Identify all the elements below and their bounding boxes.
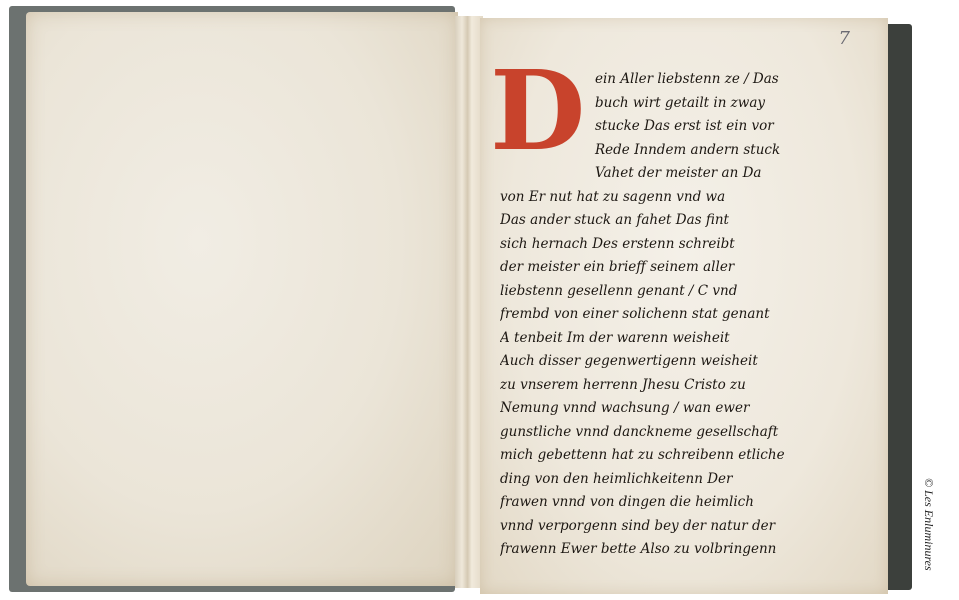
text-line: vnnd verporgenn sind bey der natur der [500, 515, 845, 539]
text-line: Das ander stuck an fahet Das fint [500, 209, 845, 233]
manuscript-right-page: 7 D ein Aller liebstenn ze / Das buch wi… [480, 18, 888, 594]
text-line: der meister ein brieff seinem aller [500, 256, 845, 280]
text-line: sich hernach Des erstenn schreibt [500, 233, 845, 257]
text-line: ein Aller liebstenn ze / Das [500, 68, 845, 92]
text-line: mich gebettenn hat zu schreibenn etliche [500, 444, 845, 468]
book-gutter [455, 16, 483, 588]
text-line: frembd von einer solichenn stat genant [500, 303, 845, 327]
text-line: von Er nut hat zu sagenn vnd wa [500, 186, 845, 210]
manuscript-text: ein Aller liebstenn ze / Das buch wirt g… [500, 68, 845, 562]
text-line: frawen vnnd von dingen die heimlich [500, 491, 845, 515]
text-line: frawenn Ewer bette Also zu volbringenn [500, 538, 845, 562]
text-line: Vahet der meister an Da [500, 162, 845, 186]
text-line: stucke Das erst ist ein vor [500, 115, 845, 139]
copyright-credit: © Les Enluminures [921, 478, 936, 571]
text-line: buch wirt getailt in zway [500, 92, 845, 116]
text-line: Nemung vnnd wachsung / wan ewer [500, 397, 845, 421]
folio-number: 7 [839, 28, 850, 49]
text-line: liebstenn gesellenn genant / C vnd [500, 280, 845, 304]
text-line: Auch disser gegenwertigenn weisheit [500, 350, 845, 374]
text-line: A tenbeit Im der warenn weisheit [500, 327, 845, 351]
blank-left-page [26, 12, 458, 586]
text-line: gunstliche vnnd danckneme gesellschaft [500, 421, 845, 445]
text-line: zu vnserem herrenn Jhesu Cristo zu [500, 374, 845, 398]
text-line: Rede Inndem andern stuck [500, 139, 845, 163]
text-line: ding von den heimlichkeitenn Der [500, 468, 845, 492]
